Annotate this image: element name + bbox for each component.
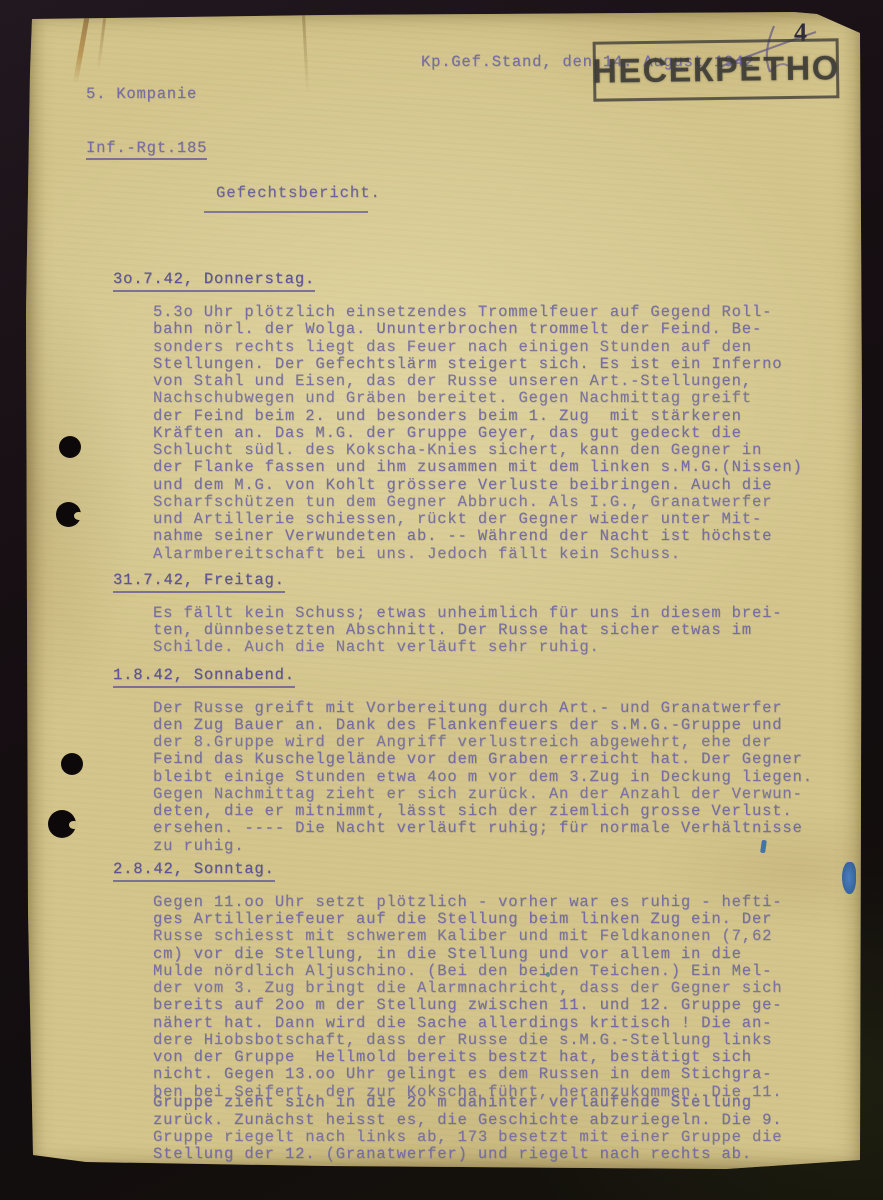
scanned-document: 5. Kompanie Inf.-Rgt.185 Kp.Gef.Stand, d… [0,0,883,1200]
ink-mark [546,972,550,977]
section-heading: 2.8.42, Sonntag. [113,860,275,882]
text-line: dere Hiobsbotschaft, dass der Russe die … [153,1032,833,1049]
text-line: Gruppe zieht sich in die 2o m dahinter v… [153,1094,833,1111]
paper-crease [302,12,309,94]
text-line: 5.3o Uhr plötzlich einsetzendes Trommelf… [153,304,833,321]
text-line: von Stahl und Eisen, das der Russe unser… [153,373,833,390]
text-line: Stellung der 12. (Granatwerfer) und rieg… [153,1146,833,1163]
text-line: Schilde. Auch die Nacht verläuft sehr ru… [153,639,833,656]
text-line: deten, die er mitnimmt, lässt sich der z… [153,803,833,820]
ink-mark [842,862,856,894]
text-line: Nachschubwegen und Gräben bereitet. Gege… [153,390,833,407]
punch-hole [59,436,81,458]
text-line: ten, dünnbesetzten Abschnitt. Der Russe … [153,622,833,639]
report-section-3: 1.8.42, Sonnabend. Der Russe greift mit … [26,666,862,855]
text-line: der Feind beim 2. und besonders beim 1. … [153,408,833,425]
text-line: Russe schiesst mit schwerem Kaliber und … [153,928,833,945]
regiment-name: Inf.-Rgt.185 [86,139,207,160]
text-line: nicht. Gegen 13.oo Uhr gelingt es dem Ru… [153,1066,833,1083]
punch-hole [61,753,83,775]
text-line: Alarmbereitschaft bei uns. Jedoch fällt … [153,546,833,563]
report-section-4: 2.8.42, Sonntag. Gegen 11.oo Uhr setzt p… [26,860,862,1164]
text-line: bereits auf 2oo m der Stellung zwischen … [153,997,833,1014]
document-page: 5. Kompanie Inf.-Rgt.185 Kp.Gef.Stand, d… [26,12,862,1173]
text-line: Gegen 11.oo Uhr setzt plötzlich - vorher… [153,894,833,911]
text-line: Gruppe riegelt nach links ab, 173 besetz… [153,1129,833,1146]
text-line: Feind das Kuschelgelände vor dem Graben … [153,751,833,768]
declassified-stamp-text: НЕСЕКРЕТНО [592,49,840,91]
section-heading: 31.7.42, Freitag. [113,571,285,593]
company-name: 5. Kompanie [86,85,207,103]
section-paragraph: 5.3o Uhr plötzlich einsetzendes Trommelf… [153,304,833,563]
unit-block: 5. Kompanie Inf.-Rgt.185 [86,49,207,196]
text-line: Gegen Nachmittag zieht er sich zurück. A… [153,786,833,803]
text-line: von der Gruppe Hellmold bereits bestzt h… [153,1049,833,1066]
text-line: Kräften an. Das M.G. der Gruppe Geyer, d… [153,425,833,442]
report-title: Gefechtsbericht. [216,184,381,202]
punch-hole [56,502,81,527]
report-section-2: 31.7.42, Freitag. Es fällt kein Schuss; … [26,571,862,657]
text-line: sonders rechts liegt das Feuer nach eini… [153,339,833,356]
report-body: 3o.7.42, Donnerstag. 5.3o Uhr plötzlich … [26,270,862,1163]
report-section-1: 3o.7.42, Donnerstag. 5.3o Uhr plötzlich … [26,270,862,563]
text-line: bleibt einige Stunden etwa 4oo m vor dem… [153,769,833,786]
text-line: und Artillerie schiessen, rückt der Gegn… [153,511,833,528]
text-line: ges Artilleriefeuer auf die Stellung bei… [153,911,833,928]
text-line: Scharfschützen tun dem Gegner Abbruch. A… [153,494,833,511]
text-line: und dem M.G. von Kohlt grössere Verluste… [153,477,833,494]
section-paragraph: Der Russe greift mit Vorbereitung durch … [153,700,833,855]
text-line: cm) vor die Stellung, in die Stellung un… [153,946,833,963]
section-paragraph: Gegen 11.oo Uhr setzt plötzlich - vorher… [153,894,833,1164]
text-line: der 8.Gruppe wird der Angriff verlustrei… [153,734,833,751]
text-line: der vom 3. Zug bringt die Alarmnachricht… [153,980,833,997]
text-line: ersehen. ---- Die Nacht verläuft ruhig; … [153,820,833,837]
declassified-stamp: НЕСЕКРЕТНО [593,38,840,101]
section-heading: 3o.7.42, Donnerstag. [113,270,315,292]
text-line: nähert hat. Dann wird die Sache allerdin… [153,1015,833,1032]
text-line: der Flanke fassen und ihm zusammen mit d… [153,459,833,476]
text-line: zu ruhig. [153,838,833,855]
title-underline [204,211,368,213]
text-line: den Zug Bauer an. Dank des Flankenfeuers… [153,717,833,734]
text-line: Stellungen. Der Gefechtslärm steigert si… [153,356,833,373]
text-line: Der Russe greift mit Vorbereitung durch … [153,700,833,717]
text-line: zurück. Zunächst heisst es, die Geschich… [153,1112,833,1129]
section-heading: 1.8.42, Sonnabend. [113,666,295,688]
section-paragraph: Es fällt kein Schuss; etwas unheimlich f… [153,605,833,657]
text-line: nahme seiner Verwundeten ab. -- Während … [153,528,833,545]
punch-hole [48,810,76,838]
text-line: Schlucht südl. des Kokscha-Knies sichert… [153,442,833,459]
text-line: bahn nörl. der Wolga. Ununterbrochen tro… [153,321,833,338]
text-line: Mulde nördlich Aljuschino. (Bei den beid… [153,963,833,980]
text-line: Es fällt kein Schuss; etwas unheimlich f… [153,605,833,622]
